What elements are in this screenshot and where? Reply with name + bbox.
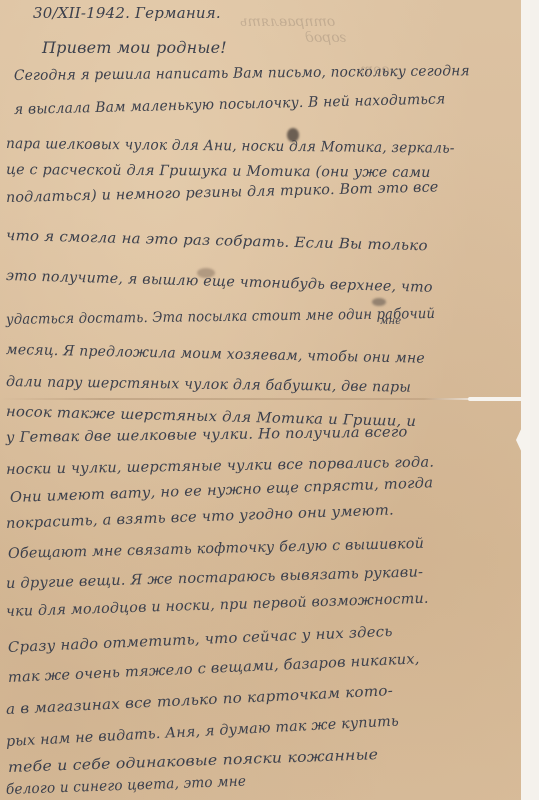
letter-line: так же очень тяжело с вещами, базаров ни… bbox=[8, 651, 420, 686]
letter-line: удасться достать. Эта посылка стоит мне … bbox=[6, 306, 435, 328]
letter-greeting: Привет мои родные! bbox=[42, 38, 227, 57]
letter-line: что я смогла на это раз собрать. Если Вы… bbox=[6, 228, 428, 254]
letter-line: у Гетвак две шелковые чулки. Но получила… bbox=[6, 424, 408, 446]
bleed-through-text: отправлять bbox=[240, 14, 335, 30]
letter-line: Они имеют вату, но ее нужно еще спрясти,… bbox=[10, 475, 434, 506]
letter-line: я выслала Вам маленькую посылочку. В ней… bbox=[14, 91, 446, 118]
letter-line: а в магазинах все только по карточкам ко… bbox=[6, 683, 394, 718]
letter-line: белого и синего цвета, это мне bbox=[6, 774, 247, 798]
letter-line: носки и чулки, шерстяные чулки все порва… bbox=[6, 455, 434, 478]
letter-line: дали пару шерстяных чулок для бабушки, д… bbox=[6, 374, 411, 396]
letter-line: Обещают мне связать кофточку белую с выш… bbox=[8, 536, 424, 562]
bleed-through-text: город bbox=[305, 30, 347, 46]
letter-line: покрасить, а взять все что угодно они ум… bbox=[6, 502, 394, 532]
letter-line: Сегодня я решила написать Вам письмо, по… bbox=[14, 63, 470, 84]
letter-line: пара шелковых чулок для Ани, носки для М… bbox=[6, 136, 455, 157]
letter-line: чки для молодцов и носки, при первой воз… bbox=[6, 591, 429, 620]
scan-margin bbox=[521, 0, 530, 800]
letter-line: рых нам не видать. Аня, я думаю так же к… bbox=[6, 713, 400, 750]
letter-line: месяц. Я предложила моим хозяевам, чтобы… bbox=[6, 342, 425, 367]
letter-line: и другие вещи. Я же постараюсь вывязать … bbox=[6, 564, 424, 592]
letter-line: это получите, я вышлю еще чтонибудь верх… bbox=[6, 268, 433, 296]
letter-line: подлаться) и немного резины для трико. В… bbox=[6, 179, 439, 206]
letter-page: отправлять город вот 30/XII-1942. Герман… bbox=[0, 0, 530, 800]
letter-line: це с расческой для Гришука и Мотика (они… bbox=[6, 162, 431, 181]
ink-stain bbox=[372, 298, 386, 306]
letter-date-place: 30/XII-1942. Германия. bbox=[33, 4, 221, 22]
letter-line: тебе и себе одинаковые пояски кожанные bbox=[8, 747, 379, 776]
fold-crease bbox=[0, 398, 530, 400]
letter-line: Сразу надо отметить, что сейчас у них зд… bbox=[8, 624, 393, 656]
